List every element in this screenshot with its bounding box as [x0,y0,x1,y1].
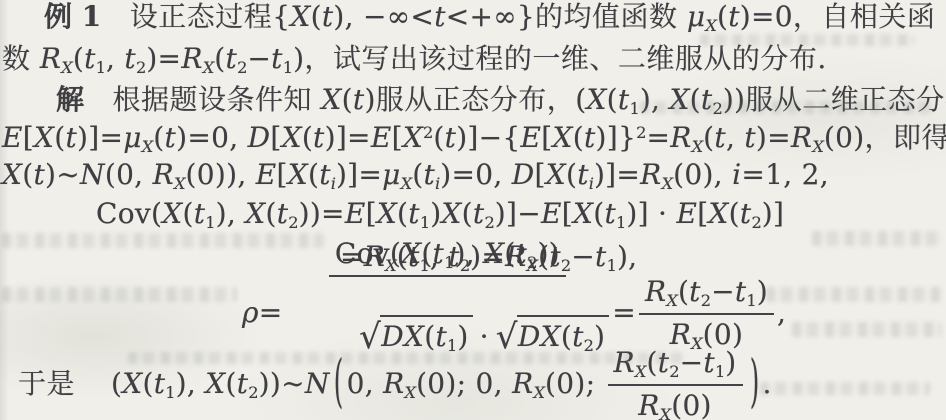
bleed-through-smudge [792,322,942,337]
text-segment: 根据题设条件知 [84,83,321,116]
textbook-page: 例 1 设正态过程{X(t), −∞<t<+∞}的均值函数 μX(t)=0，自相… [0,0,946,420]
big-open-paren: ( [333,345,342,419]
sqrt-term-2: √DX(t2) [496,315,609,355]
bleed-through-smudge [766,287,942,302]
conclusion-formula-head: (X(t1), X(t2))∼N [111,366,330,402]
solution-line-1: 解 根据题设条件知 X(t)服从正态分布，(X(t1), X(t2))服从二维正… [56,82,946,118]
bleed-through-smudge [812,231,942,246]
text-segment: (X(t1), X(t2)) [575,83,745,116]
bleed-through-smudge [2,287,237,302]
conclusion-period: . [762,366,771,402]
text-segment: μX(t)=0 [687,0,793,33]
rho-fraction-2-numerator: RX(t2−t1) [639,274,774,315]
conclusion-arguments: 0, RX(0); 0, RX(0); [347,366,605,402]
solution-line-3: X(t)∼N(0, RX(0)), E[X(ti)]=μX(ti)=0, D[X… [2,157,829,193]
text-segment: 服从正态分布， [376,83,576,116]
problem-line-1: 例 1 设正态过程{X(t), −∞<t<+∞}的均值函数 μX(t)=0，自相… [44,0,935,35]
conclusion-lead: 于是 [18,366,75,402]
sqrt-term-1: √DX(t1) [359,315,472,355]
text-segment: 数 [2,42,40,75]
bleed-through-smudge [2,233,324,248]
text-segment: ，自相关函 [793,0,936,33]
text-segment: X(t) [321,83,375,116]
big-close-paren: ) [749,345,758,419]
rho-fraction-2: RX(t2−t1) RX(0) [639,274,774,353]
text-segment: E[X(t)]=μX(t)=0, D[X(t)]=E[X2(t)]−{E[X(t… [2,121,864,154]
text-segment: RX(t1, t2)=RX(t2−t1) [40,42,304,75]
text-segment: 的均值函数 [535,0,687,33]
text-segment: Cov(X(t1), X(t2))=E[X(t1)X(t2)]−E[X(t1)]… [96,197,784,230]
dot-operator: · [480,320,489,353]
conclusion-fraction-numerator: RX(t2−t1) [608,345,743,386]
conclusion-fraction-denominator: RX(0) [638,386,712,420]
text-segment: 服从二维正态分布， [745,83,946,116]
rho-trailing-comma: , [777,295,786,331]
bleed-through-smudge [760,382,930,395]
rho-equals-2: = [612,295,636,331]
conclusion-line: 于是 (X(t1), X(t2))∼N ( 0, RX(0); 0, RX(0)… [18,350,772,418]
rho-fraction-1-numerator: Cov(X(t1), X(t2)) [329,236,566,277]
text-segment: ，即得 [864,121,946,154]
text-segment: 设正态过程 [101,0,272,33]
conclusion-fraction: RX(t2−t1) RX(0) [608,345,743,420]
radical-icon: √ [359,322,381,353]
covariance-equation-line-1: Cov(X(t1), X(t2))=E[X(t1)X(t2)]−E[X(t1)]… [96,196,784,232]
solution-line-2: E[X(t)]=μX(t)=0, D[X(t)]=E[X2(t)]−{E[X(t… [2,120,946,156]
rho-lhs: ρ= [242,295,283,331]
sqrt-term-1-radicand: DX(t1) [380,315,472,355]
radical-icon: √ [496,322,518,353]
text-segment: 例 1 [44,0,101,33]
sqrt-term-2-radicand: DX(t2) [517,315,609,355]
text-segment: {X(t), −∞<t<+∞} [272,0,535,33]
text-segment: 解 [56,83,84,116]
problem-line-2: 数 RX(t1, t2)=RX(t2−t1)，试写出该过程的一维、二维服从的分布… [2,41,827,77]
text-segment: X(t)∼N(0, RX(0)), E[X(ti)]=μX(ti)=0, D[X… [2,158,829,191]
text-segment: ，试写出该过程的一维、二维服从的分布. [304,42,826,75]
rho-equation: ρ= Cov(X(t1), X(t2)) √DX(t1)·√DX(t2) = R… [242,276,786,350]
